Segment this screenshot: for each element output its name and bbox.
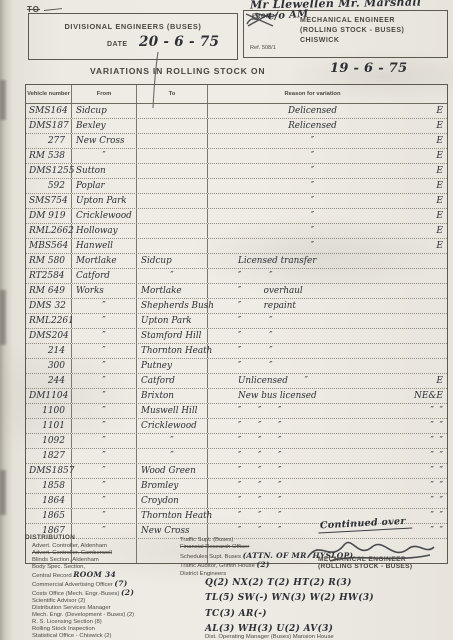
table-row: RML2261 ″ Upton Park ″ ″	[26, 314, 447, 329]
reason-cell: ″ repaint	[208, 299, 417, 313]
to-garage-cell: Upton Park	[137, 314, 208, 328]
margin-note-cell	[417, 284, 447, 298]
signature-block: MECHANICAL ENGINEER (ROLLING STOCK - BUS…	[318, 556, 448, 570]
from-garage-cell: Sidcup	[72, 104, 137, 118]
from-garage-cell: ″	[72, 374, 137, 388]
table-row: DMS1255 Sutton ″ E	[26, 164, 447, 179]
distribution-item-text: Distribution Services Manager	[32, 605, 111, 611]
distribution-item-text: Financial Research Officer	[180, 544, 249, 550]
distribution-item: Commercial Advertising Officer (7)	[32, 580, 182, 589]
reason-cell: Licensed transfer	[208, 254, 417, 268]
sender-line2: (ROLLING STOCK - BUSES)	[300, 27, 404, 34]
table-row: DMS1857 ″ Wood Green ″ ″ ″ ″ ″	[26, 464, 447, 479]
margin-note-cell: E	[417, 104, 447, 118]
table-row: DMS204 ″ Stamford Hill ″ ″	[26, 329, 447, 344]
from-garage-cell: ″	[72, 449, 137, 463]
margin-note-cell: E	[417, 119, 447, 133]
to-garage-cell	[137, 194, 208, 208]
from-garage-cell: Works	[72, 284, 137, 298]
vehicle-number-cell: RML2662	[26, 224, 72, 238]
to-garage-cell: Putney	[137, 359, 208, 373]
from-garage-cell: ″	[72, 419, 137, 433]
distribution-item-text: Statistical Office - Chiswick (2)	[32, 633, 111, 639]
margin-note-cell: ″ ″	[417, 404, 447, 418]
handwritten-suffix: (7)	[114, 579, 127, 588]
reason-cell: ″ overhaul	[208, 284, 417, 298]
table-row: 1864 ″ Croydon ″ ″ ″ ″ ″	[26, 494, 447, 509]
reason-cell: ″	[208, 149, 417, 163]
margin-note-cell: ″ ″	[417, 494, 447, 508]
from-garage-cell: Sutton	[72, 164, 137, 178]
to-garage-cell: New Cross	[137, 524, 208, 538]
col-header-vehicle: Vehicle number	[26, 85, 72, 103]
garage-code-line: TC(3) AR(-)	[205, 607, 375, 622]
margin-note-cell: NE&E	[417, 389, 447, 403]
distribution-item: Scientific Advisor (2)	[32, 598, 182, 605]
to-garage-cell	[137, 134, 208, 148]
vehicle-number-cell: DM 919	[26, 209, 72, 223]
col-header-from: From	[72, 85, 137, 103]
distribution-item-text: Traffic Auditor, Griffith House	[180, 563, 255, 569]
distribution-item-text: R. S. Licensing Section (8)	[32, 619, 102, 625]
vehicle-number-cell: 214	[26, 344, 72, 358]
table-header-row: Vehicle number From To Reason for variat…	[26, 85, 447, 104]
reason-cell: ″ ″	[208, 314, 417, 328]
reason-cell: ″ ″ ″	[208, 419, 417, 433]
from-garage-cell: ″	[72, 329, 137, 343]
table-row: SMS754 Upton Park ″ E	[26, 194, 447, 209]
vehicle-number-cell: DMS 32	[26, 299, 72, 313]
addressee-title: DIVISIONAL ENGINEERS (BUSES)	[29, 22, 237, 31]
reason-cell: ″ ″ ″	[208, 479, 417, 493]
table-row: MBS564 Hanwell ″ E	[26, 239, 447, 254]
vehicle-number-cell: 1092	[26, 434, 72, 448]
table-row: 300 ″ Putney ″ ″	[26, 359, 447, 374]
margin-note-cell	[417, 329, 447, 343]
to-garage-cell: ″	[137, 269, 208, 283]
from-garage-cell: Poplar	[72, 179, 137, 193]
table-row: 1092 ″ ″ ″ ″ ″ ″ ″	[26, 434, 447, 449]
margin-note-cell: ″ ″	[417, 524, 447, 538]
distribution-item: Mech. Engr. (Development - Buses) (2)	[32, 612, 182, 619]
margin-note-cell: E	[417, 134, 447, 148]
reason-cell: ″ ″ ″	[208, 494, 417, 508]
to-garage-cell: Mortlake	[137, 284, 208, 298]
scan-artifact	[0, 470, 6, 515]
table-body: SMS164 Sidcup Delicensed E DMS187 Bexley…	[26, 104, 447, 563]
reason-cell: New bus licensed	[208, 389, 417, 403]
col-header-reason: Reason for variation	[208, 85, 417, 103]
table-row: 592 Poplar ″ E	[26, 179, 447, 194]
distribution-item-text: Mech. Engr. (Development - Buses) (2)	[32, 612, 134, 618]
distribution-item-text: Blinds Section, Aldenham	[32, 557, 99, 563]
margin-note-cell: E	[417, 224, 447, 238]
from-garage-cell: ″	[72, 149, 137, 163]
vehicle-number-cell: 277	[26, 134, 72, 148]
from-garage-cell: Mortlake	[72, 254, 137, 268]
vehicle-number-cell: RM 580	[26, 254, 72, 268]
form-title: VARIATIONS IN ROLLING STOCK ON	[90, 66, 265, 76]
margin-note-cell: E	[417, 194, 447, 208]
addressee-box: DIVISIONAL ENGINEERS (BUSES) DATE 20 - 6…	[28, 13, 238, 60]
vehicle-number-cell: SMS754	[26, 194, 72, 208]
reason-cell: ″	[208, 134, 417, 148]
vehicle-number-cell: 1100	[26, 404, 72, 418]
distribution-item-text: Central Record	[32, 573, 72, 579]
margin-note-cell: ″ ″	[417, 434, 447, 448]
scanned-document: TO DIVISIONAL ENGINEERS (BUSES) DATE 20 …	[0, 0, 453, 640]
date-label: DATE	[107, 41, 128, 48]
table-row: DMS187 Bexley Relicensed E	[26, 119, 447, 134]
reason-cell: ″ ″ ″	[208, 404, 417, 418]
reason-cell: ″	[208, 194, 417, 208]
vehicle-number-cell: 300	[26, 359, 72, 373]
margin-note-cell: E	[417, 149, 447, 163]
to-garage-cell: Thornton Heath	[137, 509, 208, 523]
reason-cell: ″ ″	[208, 269, 417, 283]
vehicle-number-cell: DM1104	[26, 389, 72, 403]
distribution-item: Statistical Office - Chiswick (2)	[32, 633, 182, 640]
table-row: 1100 ″ Muswell Hill ″ ″ ″ ″ ″	[26, 404, 447, 419]
vehicle-number-cell: 592	[26, 179, 72, 193]
vehicle-number-cell: 1101	[26, 419, 72, 433]
margin-note-cell	[417, 254, 447, 268]
margin-note-cell: E	[417, 209, 447, 223]
from-garage-cell: Upton Park	[72, 194, 137, 208]
vehicle-number-cell: RM 538	[26, 149, 72, 163]
distribution-item: Rolling Stock Inspection	[32, 626, 182, 633]
reason-cell: ″	[208, 239, 417, 253]
margin-note-cell	[417, 299, 447, 313]
from-garage-cell: ″	[72, 434, 137, 448]
garage-code-line: TL(5) SW(-) WN(3) W(2) HW(3)	[205, 591, 375, 606]
to-garage-cell: Sidcup	[137, 254, 208, 268]
margin-note-cell: E	[417, 239, 447, 253]
vehicle-number-cell: DMS1857	[26, 464, 72, 478]
to-garage-cell	[137, 164, 208, 178]
table-row: 1858 ″ Bromley ″ ″ ″ ″ ″	[26, 479, 447, 494]
from-garage-cell: ″	[72, 389, 137, 403]
reason-cell: ″	[208, 179, 417, 193]
table-row: DM 919 Cricklewood ″ E	[26, 209, 447, 224]
to-garage-cell	[137, 209, 208, 223]
from-garage-cell: ″	[72, 344, 137, 358]
table-row: DM1104 ″ Brixton New bus licensed NE&E	[26, 389, 447, 404]
margin-note-cell: ″ ″	[417, 449, 447, 463]
signatory-title-line2: (ROLLING STOCK - BUSES)	[318, 563, 448, 570]
margin-note-cell	[417, 344, 447, 358]
reason-cell: ″	[208, 224, 417, 238]
from-garage-cell: Cricklewood	[72, 209, 137, 223]
distribution-left-list: Advert. Controller, AldenhamAdvert. Cont…	[32, 543, 182, 640]
to-garage-cell: ″	[137, 434, 208, 448]
table-row: 1101 ″ Cricklewood ″ ″ ″ ″ ″	[26, 419, 447, 434]
to-garage-cell	[137, 104, 208, 118]
vehicle-number-cell: DMS1255	[26, 164, 72, 178]
to-garage-cell: Thornton Heath	[137, 344, 208, 358]
vehicle-number-cell: SMS164	[26, 104, 72, 118]
from-garage-cell: ″	[72, 464, 137, 478]
distribution-item-text: Scientific Advisor (2)	[32, 598, 85, 604]
distribution-item: R. S. Licensing Section (8)	[32, 619, 182, 626]
vehicle-number-cell: DMS204	[26, 329, 72, 343]
from-garage-cell: ″	[72, 494, 137, 508]
from-garage-cell: Holloway	[72, 224, 137, 238]
from-garage-cell: ″	[72, 299, 137, 313]
to-garage-cell	[137, 119, 208, 133]
vehicle-number-cell: DMS187	[26, 119, 72, 133]
form-title-date: 19 - 6 - 75	[330, 61, 407, 76]
vehicle-number-cell: 1864	[26, 494, 72, 508]
handwritten-suffix: (2)	[121, 588, 134, 597]
vehicle-number-cell: MBS564	[26, 239, 72, 253]
reference-number: Ref. 508/1	[250, 45, 276, 51]
to-garage-cell	[137, 239, 208, 253]
distribution-item-text: Commercial Advertising Officer	[32, 582, 113, 588]
table-row: RM 649 Works Mortlake ″ overhaul	[26, 284, 447, 299]
from-garage-cell: ″	[72, 404, 137, 418]
scan-artifact	[0, 290, 6, 345]
col-header-to: To	[137, 85, 208, 103]
vehicle-number-cell: 244	[26, 374, 72, 388]
reason-cell: Delicensed	[208, 104, 417, 118]
margin-note-cell	[417, 269, 447, 283]
to-garage-cell: ″	[137, 449, 208, 463]
sender-line3: CHISWICK	[300, 37, 339, 44]
to-garage-cell: Catford	[137, 374, 208, 388]
distribution-item-text: Schedules Supt. Buses	[180, 554, 241, 560]
margin-note-cell: ″ ″	[417, 464, 447, 478]
from-garage-cell: Hanwell	[72, 239, 137, 253]
reason-cell: ″ ″ ″	[208, 434, 417, 448]
table-row: DMS 32 ″ Shepherds Bush ″ repaint	[26, 299, 447, 314]
sender-line1: MECHANICAL ENGINEER	[300, 17, 395, 24]
distribution-item-text: Advert. Controller, Camberwell	[32, 550, 112, 556]
reason-cell: ″	[208, 209, 417, 223]
signatory-title-line1: MECHANICAL ENGINEER	[318, 556, 448, 563]
to-garage-cell: Cricklewood	[137, 419, 208, 433]
table-row: RML2662 Holloway ″ E	[26, 224, 447, 239]
distribution-bottom-line: Dist. Operating Manager (Buses) Mansion …	[205, 634, 334, 640]
to-garage-cell: Brixton	[137, 389, 208, 403]
vehicle-number-cell: 1827	[26, 449, 72, 463]
to-garage-cell: Shepherds Bush	[137, 299, 208, 313]
margin-note-cell: ″ ″	[417, 479, 447, 493]
strike-mark	[44, 8, 62, 11]
date-value-handwritten: 20 - 6 - 75	[139, 34, 219, 50]
to-garage-cell	[137, 179, 208, 193]
distribution-item-text: Traffic Supt. (Buses)	[180, 537, 233, 543]
distribution-item-text: Costs Office (Mech. Engr.-Buses)	[32, 591, 119, 597]
to-garage-cell	[137, 224, 208, 238]
from-garage-cell: ″	[72, 359, 137, 373]
margin-note-cell	[417, 359, 447, 373]
margin-note-cell: E	[417, 374, 447, 388]
to-garage-cell: Muswell Hill	[137, 404, 208, 418]
distribution-item: Advert. Controller, Camberwell	[32, 550, 182, 557]
table-row: RT2584 Catford ″ ″ ″	[26, 269, 447, 284]
distribution-item: Traffic Supt. (Buses)	[180, 537, 370, 544]
distribution-item: Distribution Services Manager	[32, 605, 182, 612]
from-garage-cell: Bexley	[72, 119, 137, 133]
margin-note-cell	[417, 314, 447, 328]
to-garage-cell: Wood Green	[137, 464, 208, 478]
to-garage-cell: Croydon	[137, 494, 208, 508]
distribution-title: DISTRIBUTION	[25, 534, 75, 541]
distribution-item: Blinds Section, Aldenham	[32, 557, 182, 564]
col-header-note	[417, 85, 447, 103]
table-row: 277 New Cross ″ E	[26, 134, 447, 149]
handwritten-suffix: ROOM 34	[73, 570, 116, 579]
reason-cell: Unlicensed ″	[208, 374, 417, 388]
rolling-stock-table: Vehicle number From To Reason for variat…	[25, 84, 448, 564]
reason-cell: ″ ″	[208, 329, 417, 343]
distribution-item-text: Rolling Stock Inspection	[32, 626, 95, 632]
distribution-item-text: Advert. Controller, Aldenham	[32, 543, 107, 549]
vehicle-number-cell: RT2584	[26, 269, 72, 283]
handwritten-suffix: (2)	[257, 560, 270, 569]
reason-cell: ″	[208, 164, 417, 178]
margin-note-cell: ″ ″	[417, 509, 447, 523]
distribution-item: Costs Office (Mech. Engr.-Buses) (2)	[32, 589, 182, 598]
vehicle-number-cell: 1865	[26, 509, 72, 523]
vehicle-number-cell: RM 649	[26, 284, 72, 298]
scan-artifact	[0, 80, 6, 120]
to-garage-cell: Bromley	[137, 479, 208, 493]
vehicle-number-cell: RML2261	[26, 314, 72, 328]
margin-note-cell: E	[417, 179, 447, 193]
to-garage-cell	[137, 149, 208, 163]
garage-code-line: Q(2) NX(2) T(2) HT(2) R(3)	[205, 576, 375, 591]
distribution-item: Advert. Controller, Aldenham	[32, 543, 182, 550]
reason-cell: ″ ″ ″	[208, 449, 417, 463]
margin-note-cell: ″ ″	[417, 419, 447, 433]
to-garage-cell: Stamford Hill	[137, 329, 208, 343]
margin-note-cell: E	[417, 164, 447, 178]
table-row: RM 580 Mortlake Sidcup Licensed transfer	[26, 254, 447, 269]
table-row: SMS164 Sidcup Delicensed E	[26, 104, 447, 119]
table-row: RM 538 ″ ″ E	[26, 149, 447, 164]
from-garage-cell: ″	[72, 524, 137, 538]
from-garage-cell: ″	[72, 509, 137, 523]
from-garage-cell: Catford	[72, 269, 137, 283]
table-row: 1827 ″ ″ ″ ″ ″ ″ ″	[26, 449, 447, 464]
reason-cell: ″ ″	[208, 344, 417, 358]
reason-cell: Relicensed	[208, 119, 417, 133]
from-garage-cell: ″	[72, 314, 137, 328]
garage-allocation-codes: Q(2) NX(2) T(2) HT(2) R(3)TL(5) SW(-) WN…	[205, 576, 375, 638]
from-garage-cell: New Cross	[72, 134, 137, 148]
reason-cell: ″ ″ ″	[208, 464, 417, 478]
table-row: 214 ″ Thornton Heath ″ ″	[26, 344, 447, 359]
reason-cell: ″ ″	[208, 359, 417, 373]
table-row: 244 ″ Catford Unlicensed ″ E	[26, 374, 447, 389]
distribution-item: Central Record ROOM 34	[32, 571, 182, 580]
from-garage-cell: ″	[72, 479, 137, 493]
vehicle-number-cell: 1858	[26, 479, 72, 493]
